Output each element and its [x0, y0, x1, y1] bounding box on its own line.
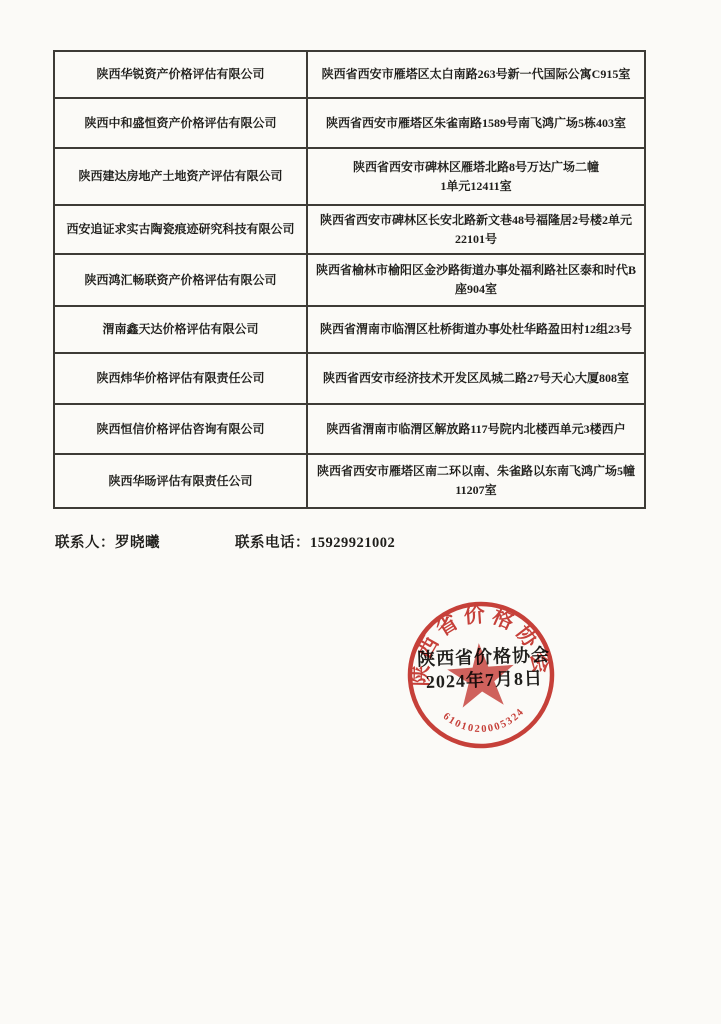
svg-text:6101020005324: 6101020005324 [440, 706, 528, 738]
company-address-table: 陕西华锐资产价格评估有限公司 陕西省西安市雁塔区太白南路263号新一代国际公寓C… [53, 50, 646, 509]
company-address-cell: 陕西省渭南市临渭区解放路117号院内北楼西单元3楼西户 [307, 404, 645, 454]
seal-serial-number: 6101020005324 [440, 706, 528, 738]
contact-phone-label: 联系电话： [235, 535, 310, 551]
table-row: 陕西恒信价格评估咨询有限公司 陕西省渭南市临渭区解放路117号院内北楼西单元3楼… [54, 404, 645, 454]
company-address-cell: 陕西省渭南市临渭区杜桥街道办事处杜华路盈田村12组23号 [307, 306, 645, 353]
company-name-cell: 陕西建达房地产土地资产评估有限公司 [54, 148, 307, 205]
table-row: 渭南鑫天达价格评估有限公司 陕西省渭南市临渭区杜桥街道办事处杜华路盈田村12组2… [54, 306, 645, 353]
company-address-cell: 陕西省西安市碑林区长安北路新文巷48号福隆居2号楼2单元 22101号 [307, 205, 645, 254]
table-row: 陕西炜华价格评估有限责任公司 陕西省西安市经济技术开发区凤城二路27号天心大厦8… [54, 353, 645, 404]
company-address-cell: 陕西省西安市雁塔区太白南路263号新一代国际公寓C915室 [307, 51, 645, 98]
company-name-cell: 陕西华旸评估有限责任公司 [54, 454, 307, 508]
company-name-cell: 陕西炜华价格评估有限责任公司 [54, 353, 307, 404]
company-name-cell: 陕西中和盛恒资产价格评估有限公司 [54, 98, 307, 148]
company-name-cell: 陕西华锐资产价格评估有限公司 [54, 51, 307, 98]
scanned-document-page: 陕西华锐资产价格评估有限公司 陕西省西安市雁塔区太白南路263号新一代国际公寓C… [0, 0, 721, 1024]
official-seal: 陕西省价格协会 6101020005324 [394, 588, 568, 762]
star-icon [446, 641, 517, 709]
company-address-cell: 陕西省西安市雁塔区朱雀南路1589号南飞鸿广场5栋403室 [307, 98, 645, 148]
table-row: 西安追证求实古陶瓷痕迹研究科技有限公司 陕西省西安市碑林区长安北路新文巷48号福… [54, 205, 645, 254]
contact-phone-number: 15929921002 [310, 535, 395, 551]
company-address-cell: 陕西省榆林市榆阳区金沙路街道办事处福利路社区泰和时代B 座904室 [307, 254, 645, 306]
company-name-cell: 渭南鑫天达价格评估有限公司 [54, 306, 307, 353]
contact-phone: 联系电话：15929921002 [235, 531, 395, 552]
company-name-cell: 陕西鸿汇畅联资产价格评估有限公司 [54, 254, 307, 306]
company-address-cell: 陕西省西安市碑林区雁塔北路8号万达广场二幢 1单元12411室 [307, 148, 645, 205]
company-table-body: 陕西华锐资产价格评估有限公司 陕西省西安市雁塔区太白南路263号新一代国际公寓C… [54, 51, 645, 508]
company-address-cell: 陕西省西安市经济技术开发区凤城二路27号天心大厦808室 [307, 353, 645, 404]
contact-person-label: 联系人： [55, 535, 115, 551]
contact-person-name: 罗晓曦 [115, 535, 160, 551]
table-row: 陕西中和盛恒资产价格评估有限公司 陕西省西安市雁塔区朱雀南路1589号南飞鸿广场… [54, 98, 645, 148]
table-row: 陕西华旸评估有限责任公司 陕西省西安市雁塔区南二环以南、朱雀路以东南飞鸿广场5幢… [54, 454, 645, 508]
company-name-cell: 西安追证求实古陶瓷痕迹研究科技有限公司 [54, 205, 307, 254]
table-row: 陕西建达房地产土地资产评估有限公司 陕西省西安市碑林区雁塔北路8号万达广场二幢 … [54, 148, 645, 205]
contact-line: 联系人：罗晓曦 联系电话：15929921002 [55, 531, 615, 552]
table-row: 陕西鸿汇畅联资产价格评估有限公司 陕西省榆林市榆阳区金沙路街道办事处福利路社区泰… [54, 254, 645, 306]
table-row: 陕西华锐资产价格评估有限公司 陕西省西安市雁塔区太白南路263号新一代国际公寓C… [54, 51, 645, 98]
company-name-cell: 陕西恒信价格评估咨询有限公司 [54, 404, 307, 454]
company-address-cell: 陕西省西安市雁塔区南二环以南、朱雀路以东南飞鸿广场5幢 11207室 [307, 454, 645, 508]
